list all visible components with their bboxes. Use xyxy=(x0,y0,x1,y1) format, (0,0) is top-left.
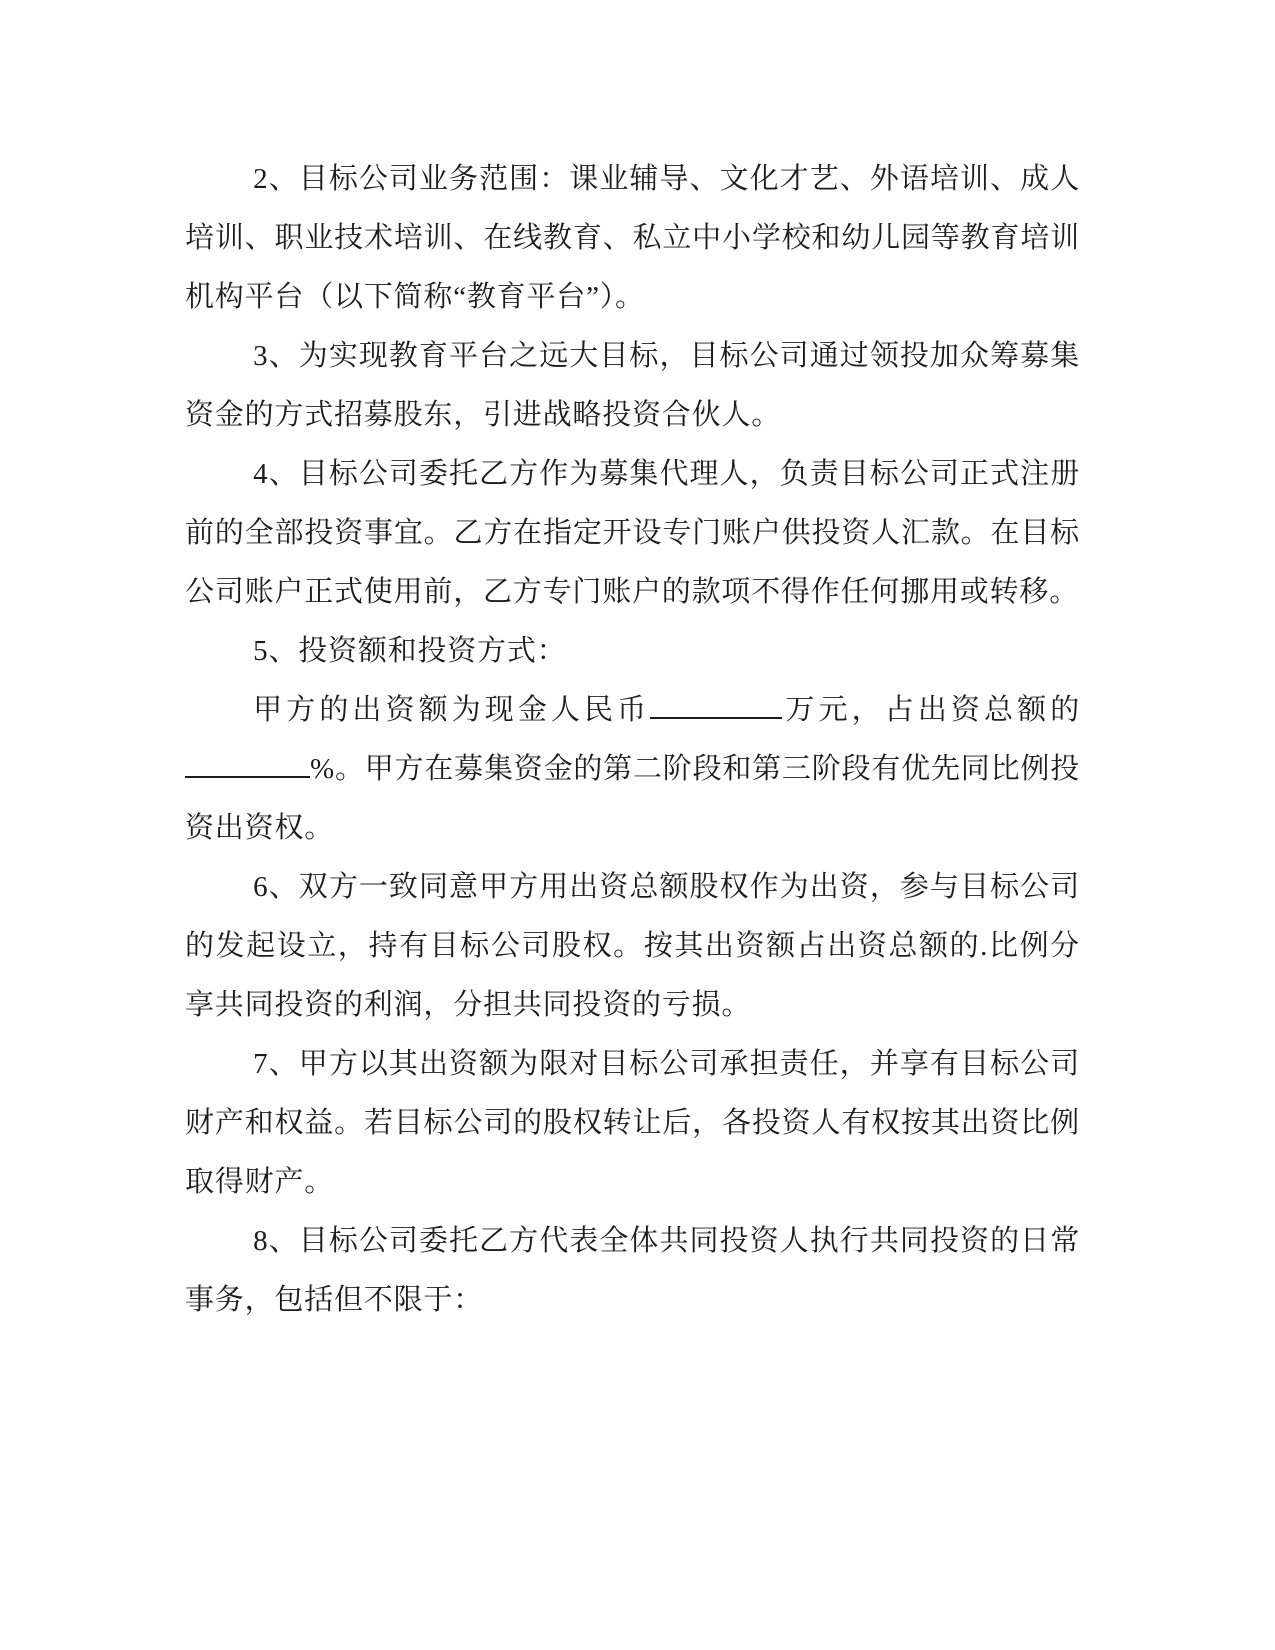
paragraph-text: 5、投资额和投资方式： xyxy=(253,635,566,667)
paragraph-text: 2、目标公司业务范围：课业辅导、文化才艺、外语培训、成人培训、职业技术培训、在线… xyxy=(185,163,1080,313)
paragraph: 2、目标公司业务范围：课业辅导、文化才艺、外语培训、成人培训、职业技术培训、在线… xyxy=(185,150,1080,327)
paragraph-text: 6、双方一致同意甲方用出资总额股权作为出资，参与目标公司的发起设立，持有目标公司… xyxy=(185,871,1080,1021)
paragraph-text: 甲方的出资额为现金人民币 xyxy=(253,694,650,726)
fill-in-blank-line xyxy=(650,711,782,719)
document-page: 2、目标公司业务范围：课业辅导、文化才艺、外语培训、成人培训、职业技术培训、在线… xyxy=(0,0,1275,1650)
fill-in-blank-line xyxy=(185,770,310,778)
paragraph-text: 7、甲方以其出资额为限对目标公司承担责任，并享有目标公司财产和权益。若目标公司的… xyxy=(185,1048,1080,1198)
paragraph: 8、目标公司委托乙方代表全体共同投资人执行共同投资的日常事务，包括但不限于： xyxy=(185,1212,1080,1330)
paragraph: 5、投资额和投资方式： xyxy=(185,622,1080,681)
paragraph: 6、双方一致同意甲方用出资总额股权作为出资，参与目标公司的发起设立，持有目标公司… xyxy=(185,858,1080,1035)
paragraph-text: 4、目标公司委托乙方作为募集代理人，负责目标公司正式注册前的全部投资事宜。乙方在… xyxy=(185,458,1080,608)
paragraph: 7、甲方以其出资额为限对目标公司承担责任，并享有目标公司财产和权益。若目标公司的… xyxy=(185,1035,1080,1212)
document-text-body: 2、目标公司业务范围：课业辅导、文化才艺、外语培训、成人培训、职业技术培训、在线… xyxy=(185,150,1080,1330)
paragraph-text: 万元，占出资总额的 xyxy=(782,694,1080,726)
paragraph-text: 8、目标公司委托乙方代表全体共同投资人执行共同投资的日常事务，包括但不限于： xyxy=(185,1225,1080,1316)
paragraph: 甲方的出资额为现金人民币万元，占出资总额的%。甲方在募集资金的第二阶段和第三阶段… xyxy=(185,681,1080,858)
paragraph: 4、目标公司委托乙方作为募集代理人，负责目标公司正式注册前的全部投资事宜。乙方在… xyxy=(185,445,1080,622)
paragraph-text: %。甲方在募集资金的第二阶段和第三阶段有优先同比例投资出资权。 xyxy=(185,753,1080,844)
paragraph-text: 3、为实现教育平台之远大目标，目标公司通过领投加众筹募集资金的方式招募股东，引进… xyxy=(185,340,1080,431)
paragraph: 3、为实现教育平台之远大目标，目标公司通过领投加众筹募集资金的方式招募股东，引进… xyxy=(185,327,1080,445)
